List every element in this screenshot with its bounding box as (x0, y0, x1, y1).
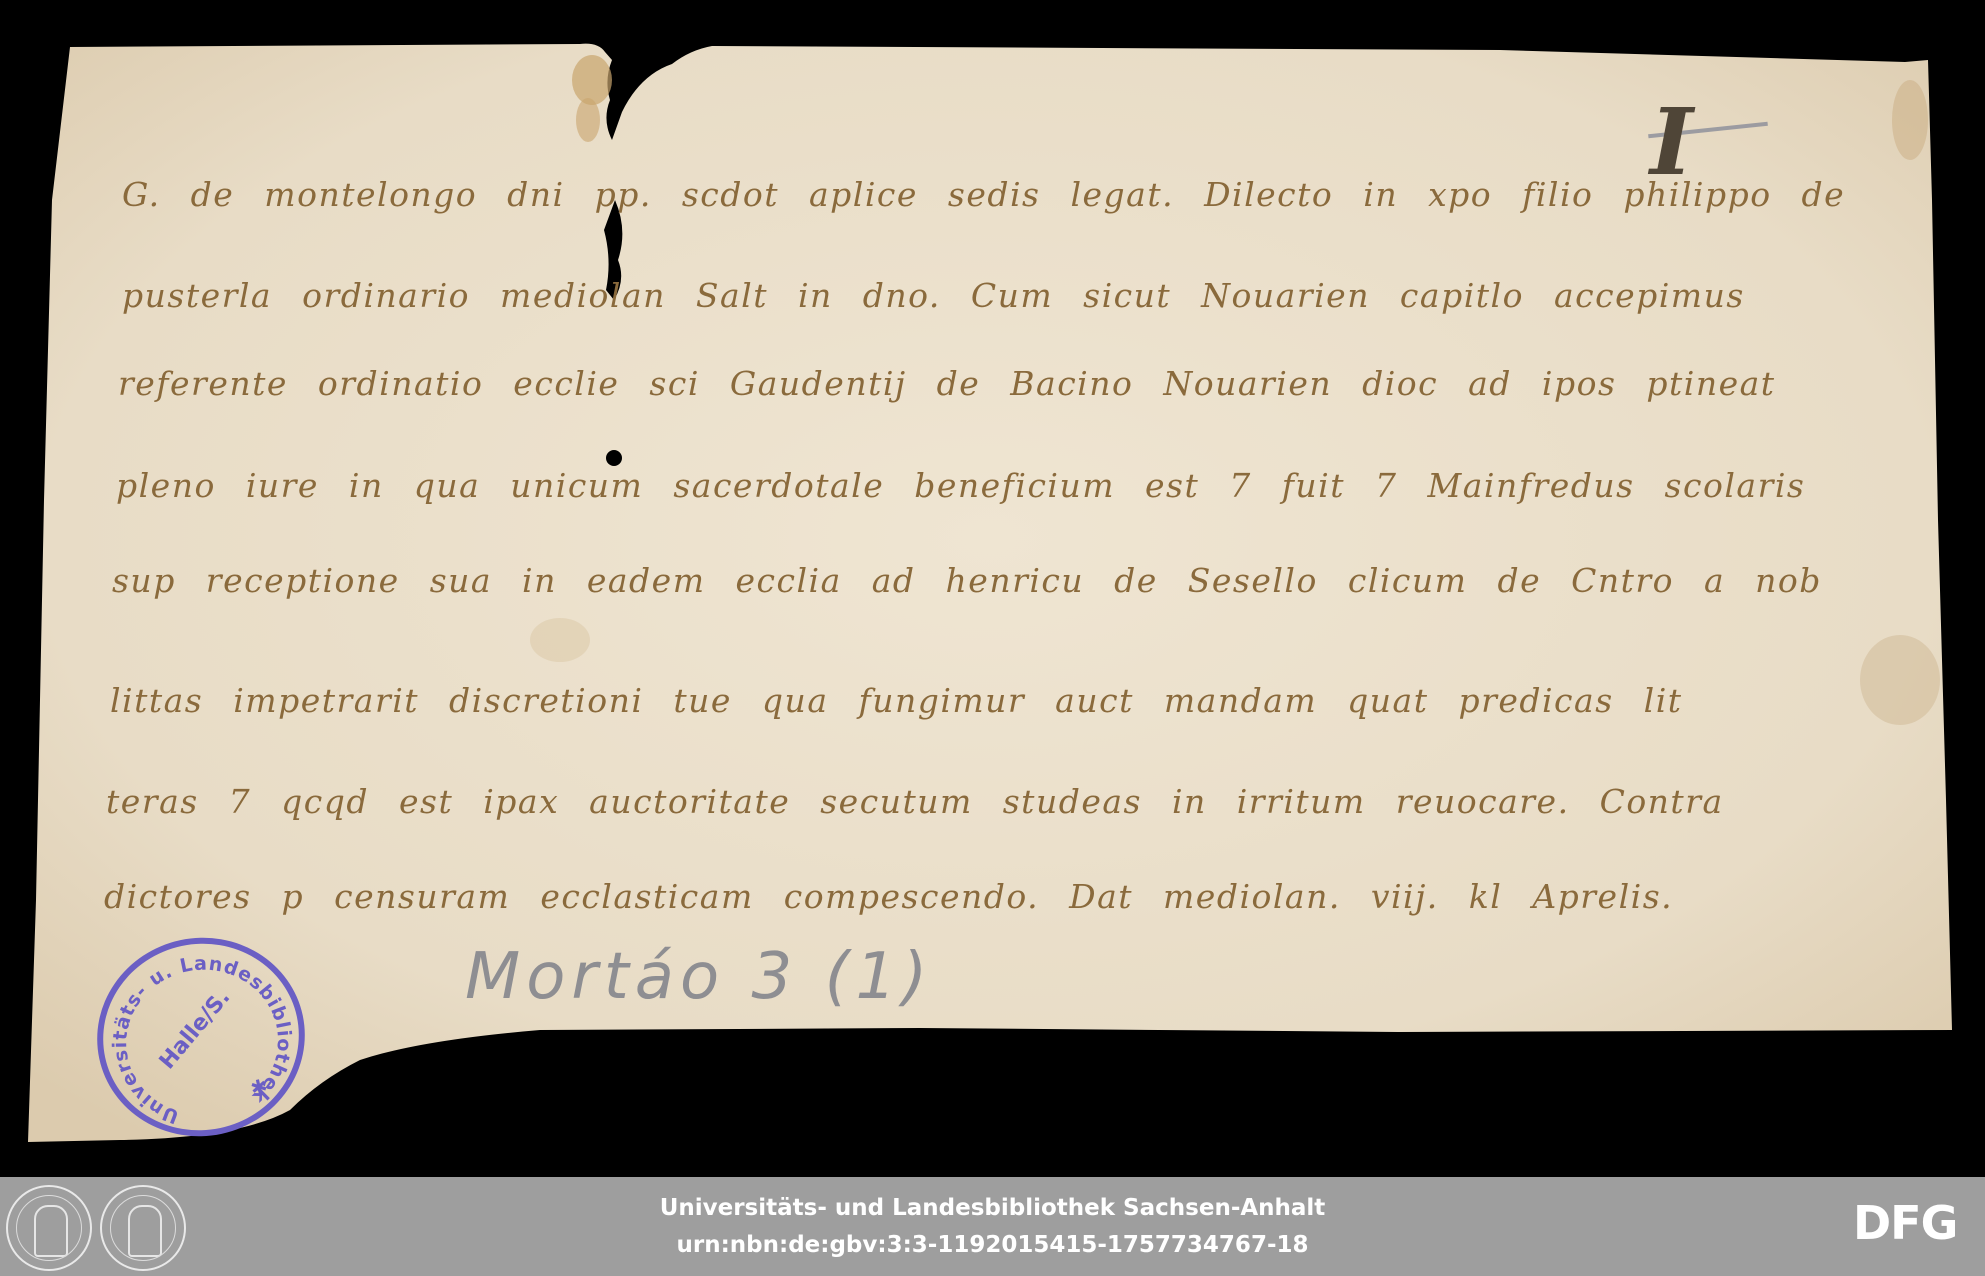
institution-name: Universitäts- und Landesbibliothek Sachs… (0, 1195, 1985, 1221)
text-line-5: sup receptione sua in eadem ecclia ad he… (112, 561, 1822, 600)
library-stamp: Universitäts- u. Landesbibliothek Halle/… (79, 919, 324, 1156)
text-line-1: G. de montelongo dni pp. scdot aplice se… (122, 175, 1845, 214)
text-line-6: littas impetrarit discretioni tue qua fu… (110, 681, 1683, 720)
document-viewer: G. de montelongo dni pp. scdot aplice se… (0, 0, 1985, 1177)
text-line-2: pusterla ordinario mediolan Salt in dno.… (122, 276, 1745, 315)
urn-identifier: urn:nbn:de:gbv:3:3-1192015415-1757734767… (0, 1232, 1985, 1258)
footer-bar: Universitäts- und Landesbibliothek Sachs… (0, 1177, 1985, 1276)
shelfmark-roman-numeral: I (1650, 88, 1693, 196)
text-line-7: teras 7 qcqd est ipax auctoritate secutu… (106, 782, 1724, 821)
dfg-logo: DFG (1853, 1196, 1957, 1250)
text-line-3: referente ordinatio ecclie sci Gaudentij… (118, 364, 1776, 403)
text-line-4: pleno iure in qua unicum sacerdotale ben… (116, 466, 1805, 505)
pencil-shelfmark: Mortáo 3 (1) (465, 940, 933, 1014)
text-line-8: dictores p censuram ecclasticam compesce… (104, 877, 1673, 916)
